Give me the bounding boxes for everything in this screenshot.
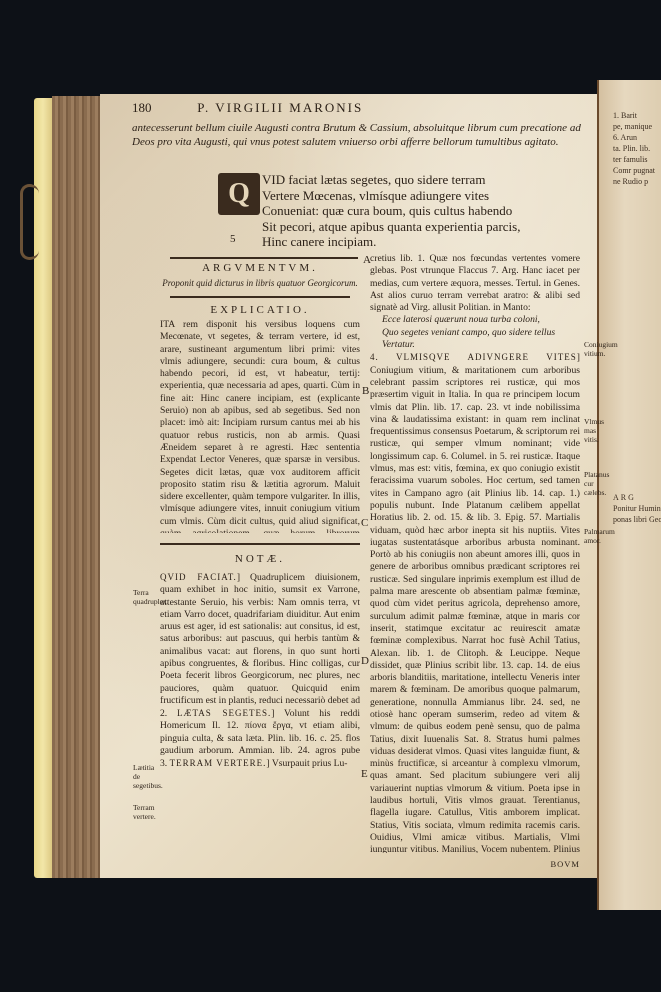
divider-rule (170, 257, 358, 259)
facing-page-fragment: 1. Barit pe, manique 6. Arun ta. Plin. l… (613, 110, 661, 187)
margin-note: Lætitia de segetibus. (133, 763, 161, 790)
section-letter: E (361, 768, 368, 780)
section-letter: D (361, 655, 369, 667)
right-column: cretius lib. 1. Quæ nos fœcundas vertent… (370, 253, 580, 869)
verse-line: Vertere Mœcenas, vlmísque adiungere vite… (262, 188, 592, 204)
explicatio-heading: EXPLICATIO. (160, 304, 360, 316)
right-text-a: cretius lib. 1. Quæ nos fœcundas vertent… (370, 253, 580, 314)
note-4: 4. VLMISQVE ADIVNGERE VITES] Coniugium v… (370, 351, 580, 853)
decorated-initial: Q (218, 173, 260, 215)
verse-block: VID faciat lætas segetes, quo sidere ter… (262, 172, 592, 250)
facing-page: 1. Barit pe, manique 6. Arun ta. Plin. l… (597, 80, 661, 910)
line-number: 5 (230, 233, 236, 245)
divider-rule (160, 543, 360, 545)
page-stack (52, 96, 100, 878)
quote-block: Ecce laterosi quærunt noua turba coloni,… (370, 314, 580, 351)
verse-line: VID faciat lætas segetes, quo sidere ter… (262, 172, 592, 188)
margin-note: Terra quadruplex. (133, 588, 161, 606)
note-1: QVID FACIAT.] Quadruplicem diuisionem, q… (160, 571, 360, 707)
facing-page-argumentum: ARG Ponitur Humina ponas libri Georgic (613, 492, 661, 525)
intro-paragraph: antecesserunt bellum ciuile Augusti cont… (132, 121, 587, 149)
argumentum-heading: ARGVMENTVM. (160, 262, 360, 274)
note-3: 3. TERRAM VERTERE.] Vsurpauit prius Lu- (160, 757, 360, 770)
bookmark-cord (20, 184, 39, 260)
margin-note: Platanus cur cælebs. (584, 470, 606, 497)
argumentum-text: Proponit quid dicturus in libris quatuor… (160, 278, 360, 288)
note-2: 2. LÆTAS SEGETES.] Volunt his reddi Home… (160, 707, 360, 757)
notae-heading: NOTÆ. (160, 553, 360, 565)
page-number: 180 (132, 100, 192, 116)
catchword: BOVM (370, 859, 580, 869)
margin-note: Vlmus mas vitis. (584, 417, 606, 444)
margin-note: Palmarum amor. (584, 527, 606, 545)
margin-note: Terram vertere. (133, 803, 161, 821)
verse-line: Sit pecori, atque apibus quanta experien… (262, 219, 592, 235)
margin-note: Coniugium vitium. (584, 340, 606, 358)
page-title: P. VIRGILII MARONIS (197, 100, 363, 115)
section-letter: C (361, 517, 368, 529)
running-head: 180 P. VIRGILII MARONIS (132, 100, 592, 116)
divider-rule (170, 296, 350, 298)
verse-line: Conueniat: quæ cura boum, quis cultus ha… (262, 203, 592, 219)
verse-line: Hinc canere incipiam. (262, 234, 592, 250)
section-letter: B (362, 385, 369, 397)
left-column: ARGVMENTVM. Proponit quid dicturus in li… (160, 262, 360, 770)
explicatio-text: ITA rem disponit his versibus loquens cu… (160, 319, 360, 533)
